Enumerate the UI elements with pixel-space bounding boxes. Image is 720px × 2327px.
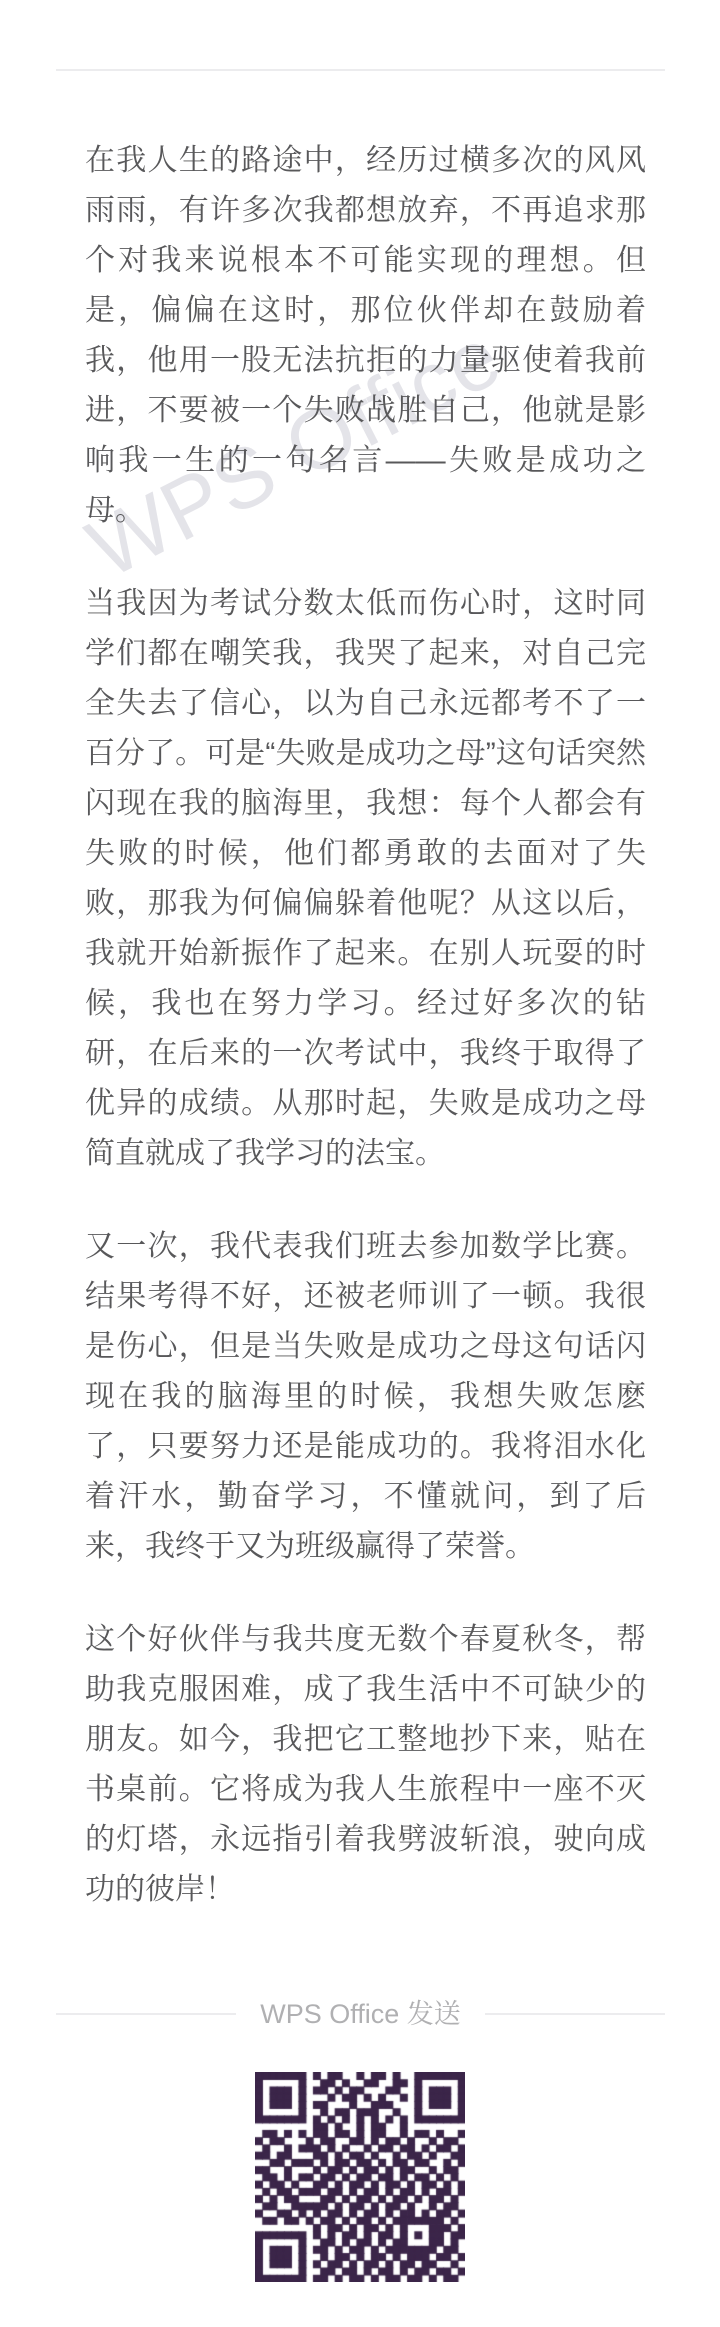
essay-paragraph: 这个好伙伴与我共度无数个春夏秋冬，帮助我克服困难，成了我生活中不可缺少的朋友。如… [85, 1615, 646, 1915]
qr-code-image [255, 2072, 465, 2282]
footer-divider: WPS Office 发送 [56, 1998, 665, 2030]
essay-paragraph: 当我因为考试分数太低而伤心时，这时同学们都在嘲笑我，我哭了起来，对自己完全失去了… [85, 579, 646, 1179]
footer-divider-line-left [56, 2013, 236, 2015]
footer-sent-by-label: WPS Office 发送 [260, 1998, 461, 2030]
qr-code-canvas [255, 2072, 465, 2282]
top-divider [56, 69, 665, 71]
essay-body: 在我人生的路途中，经历过横多次的风风雨雨，有许多次我都想放弃，不再追求那个对我来… [85, 136, 646, 1915]
essay-paragraph: 又一次，我代表我们班去参加数学比赛。结果考得不好，还被老师训了一顿。我很是伤心，… [85, 1222, 646, 1572]
essay-paragraph: 在我人生的路途中，经历过横多次的风风雨雨，有许多次我都想放弃，不再追求那个对我来… [85, 136, 646, 536]
footer-divider-line-right [485, 2013, 665, 2015]
